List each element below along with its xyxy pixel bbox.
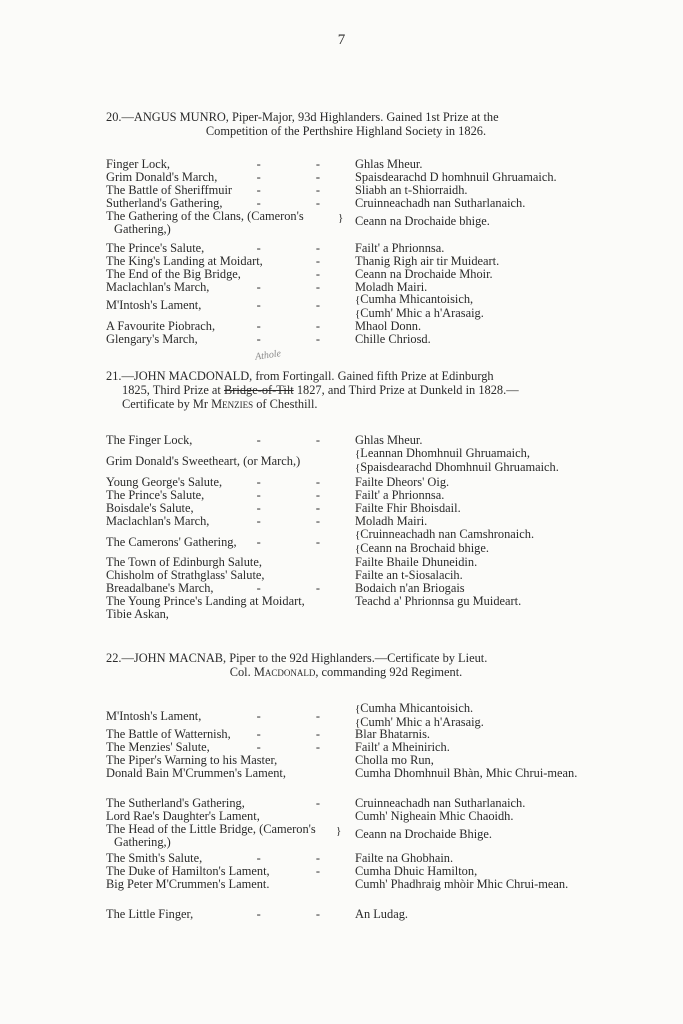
- tune-gaelic-alt: Spaisdearachd Dhomhnuil Ghruamaich.: [360, 460, 559, 474]
- tune-gaelic-alt: Ceann na Brochaid bhige.: [360, 541, 489, 555]
- tune-gaelic: Cumha Dhomhnuil Bhàn, Mhic Chrui-mean.: [355, 767, 600, 780]
- heading-text: 1827, and Third Prize at Dunkeld in 1828…: [294, 383, 519, 397]
- entry-22-heading-line1: 22.—JOHN MACNAB, Piper to the 92d Highla…: [106, 651, 586, 665]
- tune-english: Tibie Askan,: [106, 608, 341, 621]
- brace-icon: }: [336, 825, 341, 838]
- entry-20-heading-line1: 20.—ANGUS MUNRO, Piper-Major, 93d Highla…: [106, 110, 586, 124]
- tune-gaelic-alt: Cumh' Mhic a h'Arasaig.: [360, 306, 484, 320]
- heading-text: Certificate by Mr: [122, 397, 211, 411]
- page-number: 7: [0, 32, 683, 49]
- entry-22-heading-line2: Col. Macdonald, commanding 92d Regiment.: [106, 665, 586, 679]
- entry-20-heading: 20.—ANGUS MUNRO, Piper-Major, 93d Highla…: [106, 110, 586, 138]
- document-page: 7 20.—ANGUS MUNRO, Piper-Major, 93d High…: [0, 0, 683, 1024]
- tune-gaelic: {Cumha Mhicantoisich,{Cumh' Mhic a h'Ara…: [355, 293, 600, 321]
- tune-gaelic: Cumh' Nigheain Mhic Chaoidh.: [355, 810, 600, 823]
- leader-dashes: - -: [246, 281, 346, 294]
- leader-dashes: -: [246, 797, 346, 810]
- tune-gaelic-primary: Cumha Mhicantoisich,: [360, 292, 473, 306]
- tune-gaelic-primary: Cumha Mhicantoisich.: [360, 701, 473, 715]
- struck-text: Bridge-of-Tilt: [224, 383, 294, 397]
- leader-dashes: - -: [246, 908, 346, 921]
- heading-text: 1825, Third Prize at: [122, 383, 224, 397]
- heading-text: Col.: [230, 665, 254, 679]
- entry-21-heading-line2: 1825, Third Prize at Bridge-of-Tilt 1827…: [106, 383, 586, 397]
- entry-22-heading: 22.—JOHN MACNAB, Piper to the 92d Highla…: [106, 651, 586, 679]
- tune-gaelic-primary: Cruinneachadh nan Camshronaich.: [360, 527, 534, 541]
- entry-21-heading: 21.—JOHN MACDONALD, from Fortingall. Gai…: [106, 369, 586, 411]
- heading-text: , commanding 92d Regiment.: [315, 665, 462, 679]
- tune-gaelic: {Cruinneachadh nan Camshronaich.{Ceann n…: [355, 528, 600, 556]
- leader-dashes: - -: [246, 333, 346, 346]
- tune-gaelic: Chille Chriosd.: [355, 333, 600, 346]
- leader-dashes: - -: [246, 710, 346, 723]
- heading-smallcaps: Menzies: [211, 397, 253, 411]
- entry-21-heading-line3: Certificate by Mr Menzies of Chesthill.: [106, 397, 586, 411]
- tune-english: Big Peter M'Crummen's Lament.: [106, 878, 341, 891]
- tune-english: The Head of the Little Bridge, (Cameron'…: [106, 823, 334, 849]
- tune-gaelic: An Ludag.: [355, 908, 600, 921]
- tune-gaelic: Ceann na Drochaide Bhige.: [355, 828, 600, 841]
- tune-gaelic: Teachd a' Phrionnsa gu Muideart.: [355, 595, 600, 608]
- tune-english: Donald Bain M'Crummen's Lament,: [106, 767, 341, 780]
- heading-text: of Chesthill.: [253, 397, 317, 411]
- tune-gaelic: Cruinneachadh nan Sutharlanaich.: [355, 197, 600, 210]
- heading-smallcaps: Macdonald: [254, 665, 316, 679]
- handwritten-annotation: Athole: [254, 348, 281, 363]
- leader-dashes: - -: [246, 299, 346, 312]
- entry-21-heading-line1: 21.—JOHN MACDONALD, from Fortingall. Gai…: [106, 369, 586, 383]
- tune-gaelic: Cumh' Phadhraig mhòir Mhic Chrui-mean.: [355, 878, 600, 891]
- leader-dashes: - -: [246, 515, 346, 528]
- leader-dashes: - -: [246, 536, 346, 549]
- tune-english: The Gathering of the Clans, (Cameron's G…: [106, 210, 334, 236]
- brace-icon: }: [338, 212, 343, 225]
- leader-dashes: - -: [246, 434, 346, 447]
- tune-gaelic: {Leannan Dhomhnuil Ghruamaich,{Spaisdear…: [355, 447, 600, 475]
- tune-gaelic: Ceann na Drochaide bhige.: [355, 215, 600, 228]
- tune-gaelic: {Cumha Mhicantoisich.{Cumh' Mhic a h'Ara…: [355, 702, 600, 730]
- tune-gaelic-primary: Leannan Dhomhnuil Ghruamaich,: [360, 446, 530, 460]
- entry-20-heading-line2: Competition of the Perthshire Highland S…: [106, 124, 586, 138]
- tune-english: Grim Donald's Sweetheart, (or March,): [106, 455, 341, 468]
